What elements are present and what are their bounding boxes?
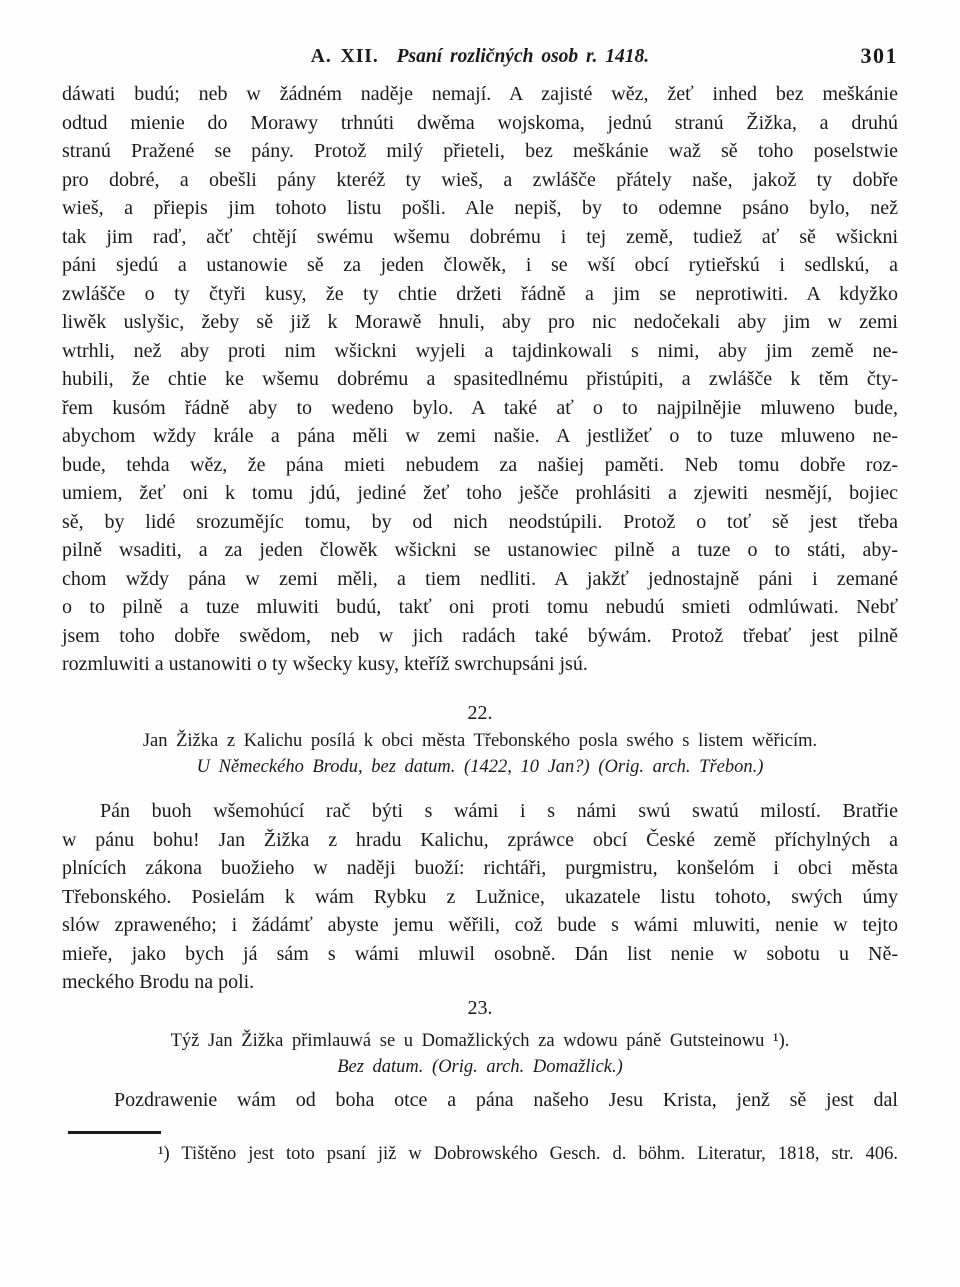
footnote-divider: [68, 1131, 161, 1134]
chapter-label: A. XII.: [311, 46, 379, 67]
text-line: meckého Brodu na poli.: [62, 968, 898, 997]
text-line: Třebonského. Posielám k wám Rybku z Lužn…: [62, 883, 898, 912]
text-line: páni sjedú a ustanowie sě za jeden člowě…: [62, 251, 898, 280]
item-23-heading: Týž Jan Žižka přimlauwá se u Domažlickýc…: [62, 1031, 898, 1052]
text-line: liwěk uslyšic, žeby sě již k Morawě hnul…: [62, 308, 898, 337]
item-22-letter-text: Pán buoh wšemohúcí rač býti s wámi i s n…: [62, 797, 898, 997]
text-line: bude, tehda wěz, že pána mieti nebudem z…: [62, 451, 898, 480]
text-line: abychom wždy krále a pána měli w zemi na…: [62, 422, 898, 451]
text-line: umiem, žeť oni k tomu jdú, jediné žeť to…: [62, 479, 898, 508]
item-23-source: Bez datum. (Orig. arch. Domažlick.): [62, 1057, 898, 1078]
text-line: hubili, že chtie ke wšemu dobrému a spas…: [62, 365, 898, 394]
text-line: stranú Pražené se pány. Protož milý přie…: [62, 137, 898, 166]
letter-21-continuation-text: dáwati budú; neb w žádném naděje nemají.…: [62, 80, 898, 679]
text-line: pro dobré, a obešli pány kteréž ty wieš,…: [62, 166, 898, 195]
text-line: zwlášče o ty čtyři kusy, že ty chtie drž…: [62, 280, 898, 309]
text-line: plnících zákona buožieho w naději buoží:…: [62, 854, 898, 883]
text-line: Pozdrawenie wám od boha otce a pána naše…: [62, 1086, 898, 1115]
text-line: w pánu bohu! Jan Žižka z hradu Kalichu, …: [62, 826, 898, 855]
running-title: A. XII. Psaní rozličných osob r. 1418.: [62, 46, 898, 68]
item-23-letter-text: Pozdrawenie wám od boha otce a pána naše…: [62, 1086, 898, 1115]
text-line: řem kusóm řádně aby to wedeno bylo. A ta…: [62, 394, 898, 423]
text-line: wtrhli, než aby proti nim wšickni wyjeli…: [62, 337, 898, 366]
text-line: rozmluwiti a ustanowiti o ty wšecky kusy…: [62, 650, 898, 679]
text-line: chom wždy pána w zemi měli, a tiem nedli…: [62, 565, 898, 594]
text-line: jsem toho dobře swědom, neb w jich radác…: [62, 622, 898, 651]
footnote-text: ¹) Tištěno jest toto psaní již w Dobrows…: [62, 1141, 898, 1167]
text-line: Pán buoh wšemohúcí rač býti s wámi i s n…: [62, 797, 898, 826]
text-line: o to pilně a tuze mluwiti budú, takť oni…: [62, 593, 898, 622]
text-line: dáwati budú; neb w žádném naděje nemají.…: [62, 80, 898, 109]
page-header: A. XII. Psaní rozličných osob r. 1418. 3…: [62, 46, 898, 72]
running-title-text: Psaní rozličných osob r. 1418.: [397, 46, 650, 67]
item-23-number: 23.: [62, 997, 898, 1020]
book-page: A. XII. Psaní rozličných osob r. 1418. 3…: [0, 0, 960, 1287]
text-line: sě, by lidé srozumějíc tomu, by od nich …: [62, 508, 898, 537]
item-22-heading: Jan Žižka z Kalichu posílá k obci města …: [62, 731, 898, 752]
text-line: mieře, jako bych já sám s wámi mluwil os…: [62, 940, 898, 969]
text-line: odtud mienie do Morawy trhnúti dwěma woj…: [62, 109, 898, 138]
text-line: wieš, a přiepis jim tohoto listu pošli. …: [62, 194, 898, 223]
text-line: slów zpraweného; i žádámť abyste jemu wě…: [62, 911, 898, 940]
text-line: tak jim raď, ačť chtějí swému wšemu dobr…: [62, 223, 898, 252]
item-22-number: 22.: [62, 702, 898, 725]
page-number: 301: [861, 43, 899, 69]
text-line: pilně wsaditi, a za jeden člowěk wšickni…: [62, 536, 898, 565]
item-22-source: U Německého Brodu, bez datum. (1422, 10 …: [62, 757, 898, 778]
